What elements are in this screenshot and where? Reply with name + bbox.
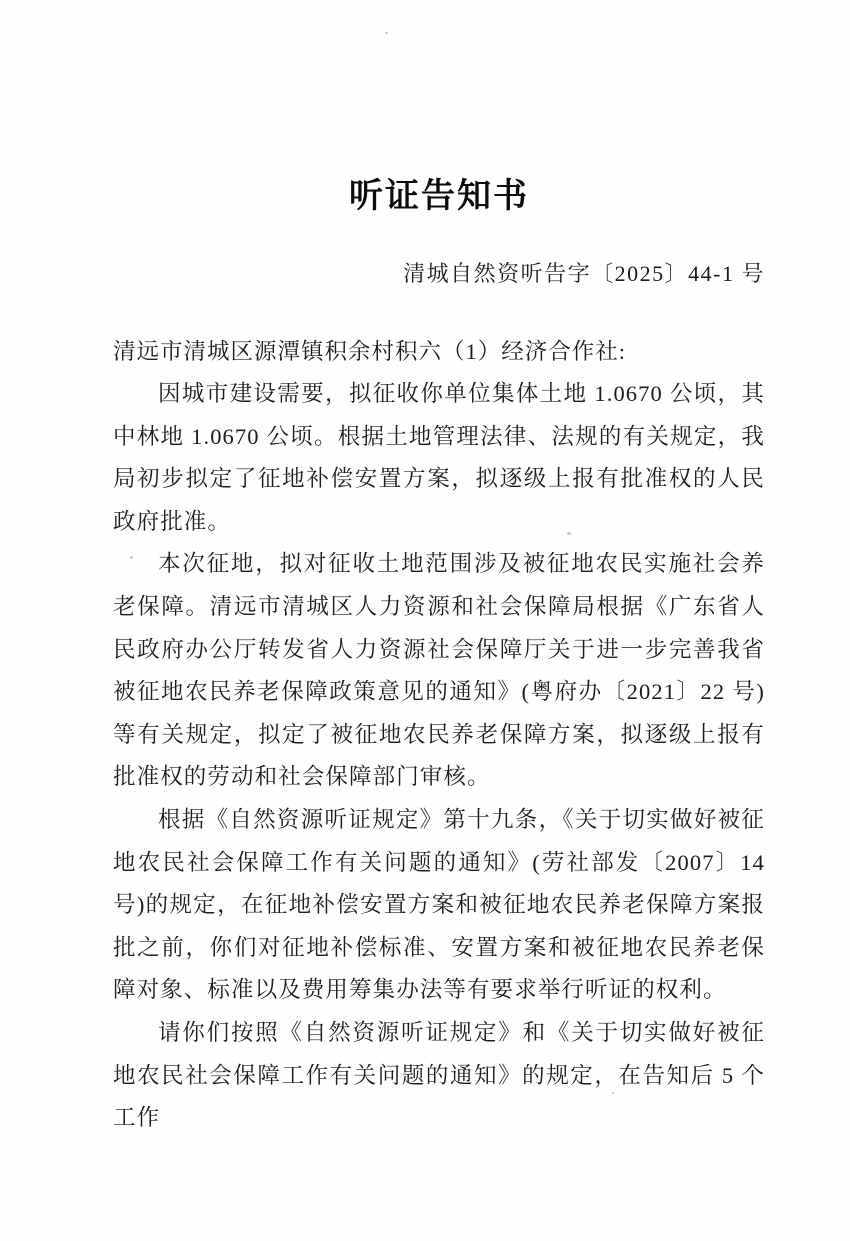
document-title: 听证告知书 <box>113 172 765 220</box>
scan-speck <box>385 32 388 34</box>
paragraph-social-security-plan: 本次征地，拟对征收土地范围涉及被征地农民实施社会养老保障。清远市清城区人力资源和… <box>113 543 765 799</box>
addressee-line: 清远市清城区源潭镇积余村积六（1）经济合作社: <box>113 330 765 373</box>
document-reference-number: 清城自然资听告字〔2025〕44-1 号 <box>113 258 765 290</box>
document-text-block: 听证告知书 清城自然资听告字〔2025〕44-1 号 清远市清城区源潭镇积余村积… <box>0 172 850 1140</box>
scanned-document-page: 听证告知书 清城自然资听告字〔2025〕44-1 号 清远市清城区源潭镇积余村积… <box>0 0 850 1241</box>
paragraph-hearing-rights: 根据《自然资源听证规定》第十九条，《关于切实做好被征地农民社会保障工作有关问题的… <box>113 799 765 1012</box>
paragraph-land-acquisition: 因城市建设需要，拟征收你单位集体土地 1.0670 公顷，其中林地 1.0670… <box>113 373 765 543</box>
paragraph-hearing-instructions: 请你们按照《自然资源听证规定》和《关于切实做好被征地农民社会保障工作有关问题的通… <box>113 1012 765 1140</box>
